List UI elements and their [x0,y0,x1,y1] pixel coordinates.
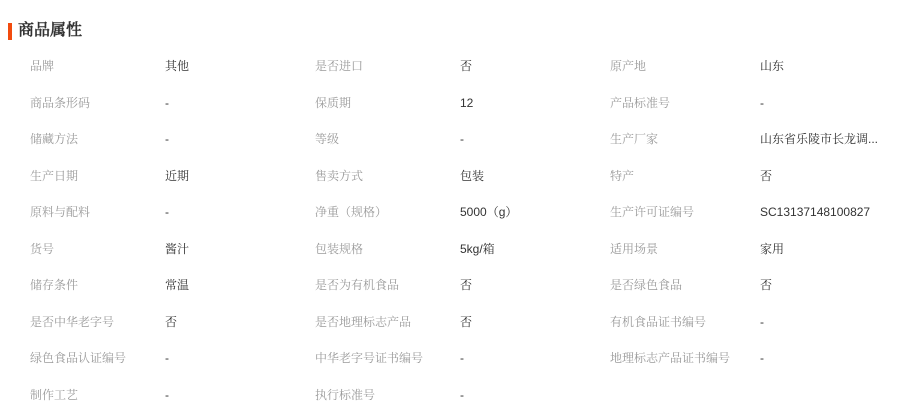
attribute-label: 是否地理标志产品 [315,314,460,330]
attribute-value: 山东省乐陵市长龙调... [760,131,878,147]
attribute-value: 家用 [760,241,784,257]
attribute-value: - [460,131,464,147]
attribute-cell: 适用场景家用 [610,241,906,257]
attribute-label: 生产日期 [30,168,165,184]
attribute-cell: 售卖方式包装 [315,168,610,184]
attribute-value: SC13137148100827 [760,204,870,220]
attribute-label: 净重（规格） [315,204,460,220]
attribute-label: 等级 [315,131,460,147]
attribute-cell: 储存条件常温 [30,277,315,293]
attribute-label: 储藏方法 [30,131,165,147]
attribute-cell: 净重（规格）5000（g） [315,204,610,220]
section-header: 商品属性 [8,22,906,40]
attribute-value: - [460,350,464,366]
attribute-cell: 是否绿色食品否 [610,277,906,293]
attribute-cell: 地理标志产品证书编号- [610,350,906,366]
attribute-label: 绿色食品认证编号 [30,350,165,366]
attribute-value: - [165,131,169,147]
attribute-value: - [165,95,169,111]
attribute-value: 常温 [165,277,189,293]
attribute-value: 否 [760,168,772,184]
attribute-cell: 特产否 [610,168,906,184]
attribute-label: 有机食品证书编号 [610,314,760,330]
attribute-value: 酱汁 [165,241,189,257]
attribute-label: 是否中华老字号 [30,314,165,330]
attribute-value: - [460,387,464,403]
attribute-label: 是否为有机食品 [315,277,460,293]
attribute-cell: 生产许可证编号SC13137148100827 [610,204,906,220]
attribute-label: 货号 [30,241,165,257]
attribute-value: - [760,95,764,111]
attribute-label: 商品条形码 [30,95,165,111]
attribute-label: 执行标准号 [315,387,460,403]
attribute-value: 否 [460,58,472,74]
attribute-cell: 商品条形码- [30,95,315,111]
attribute-value: 包装 [460,168,484,184]
attribute-label: 原料与配料 [30,204,165,220]
attribute-value: 近期 [165,168,189,184]
attribute-cell: 包装规格5kg/箱 [315,241,610,257]
attribute-value: 否 [165,314,177,330]
attribute-value: 12 [460,95,473,111]
attribute-value: 山东 [760,58,784,74]
attribute-cell: 是否中华老字号否 [30,314,315,330]
attribute-label: 原产地 [610,58,760,74]
attribute-cell: 有机食品证书编号- [610,314,906,330]
attribute-label: 适用场景 [610,241,760,257]
attribute-cell: 产品标准号- [610,95,906,111]
attribute-cell: 是否为有机食品否 [315,277,610,293]
attribute-label: 制作工艺 [30,387,165,403]
attributes-grid: 品牌其他是否进口否原产地山东商品条形码-保质期12产品标准号-储藏方法-等级-生… [0,48,906,411]
attribute-cell: 等级- [315,131,610,147]
section-title: 商品属性 [18,22,82,40]
attribute-label: 是否进口 [315,58,460,74]
attribute-cell: 是否地理标志产品否 [315,314,610,330]
attribute-value: - [760,314,764,330]
attribute-value: 否 [460,314,472,330]
attribute-value: 5kg/箱 [460,241,495,257]
attribute-label: 包装规格 [315,241,460,257]
attribute-value: 5000（g） [460,204,517,220]
attribute-value: 否 [460,277,472,293]
attribute-label: 保质期 [315,95,460,111]
attribute-label: 产品标准号 [610,95,760,111]
attribute-value: - [165,350,169,366]
attribute-value: 否 [760,277,772,293]
attribute-label: 是否绿色食品 [610,277,760,293]
attribute-label: 地理标志产品证书编号 [610,350,760,366]
product-attributes-section: 商品属性 品牌其他是否进口否原产地山东商品条形码-保质期12产品标准号-储藏方法… [0,22,906,411]
attribute-cell: 原料与配料- [30,204,315,220]
attribute-value: - [165,204,169,220]
section-accent-bar [8,23,12,40]
attribute-label: 储存条件 [30,277,165,293]
attribute-cell: 原产地山东 [610,58,906,74]
attribute-cell: 绿色食品认证编号- [30,350,315,366]
attribute-cell: 货号酱汁 [30,241,315,257]
attribute-cell: 生产厂家山东省乐陵市长龙调... [610,131,906,147]
attribute-value: - [760,350,764,366]
attribute-cell: 制作工艺- [30,387,315,403]
attribute-cell: 执行标准号- [315,387,610,403]
attribute-label: 特产 [610,168,760,184]
attribute-cell: 保质期12 [315,95,610,111]
attribute-label: 中华老字号证书编号 [315,350,460,366]
attribute-cell: 中华老字号证书编号- [315,350,610,366]
attribute-label: 生产许可证编号 [610,204,760,220]
attribute-value: - [165,387,169,403]
attribute-label: 售卖方式 [315,168,460,184]
attribute-label: 生产厂家 [610,131,760,147]
attribute-label: 品牌 [30,58,165,74]
attribute-cell: 生产日期近期 [30,168,315,184]
attribute-cell: 是否进口否 [315,58,610,74]
attribute-cell: 储藏方法- [30,131,315,147]
attribute-value: 其他 [165,58,189,74]
attribute-cell: 品牌其他 [30,58,315,74]
